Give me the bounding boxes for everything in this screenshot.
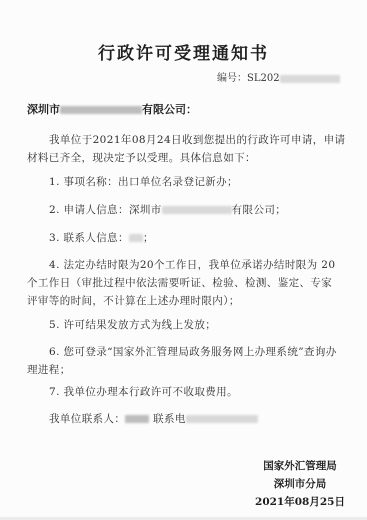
item-1: 1. 事项名称：出口单位名录登记新办； xyxy=(49,173,238,191)
item-3-suffix: ； xyxy=(143,232,154,244)
item-4: 4. 法定办结时限为20个工作日，我单位承诺办结时限为 20个工作日（审批过程中… xyxy=(27,256,339,310)
item-2-prefix: 2. 申请人信息：深圳市 xyxy=(49,204,162,216)
redacted-company-name xyxy=(60,106,142,114)
recipient-line: 深圳市有限公司： xyxy=(27,101,197,117)
item-3-prefix: 3. 联系人信息： xyxy=(49,232,129,244)
redacted-contact xyxy=(129,234,143,242)
redacted-applicant xyxy=(162,206,232,214)
signature-date: 2021年08月25日 xyxy=(250,492,350,512)
document-number: 编号：SL202 xyxy=(217,69,340,84)
item-2: 2. 申请人信息：深圳市有限公司； xyxy=(49,201,286,219)
item-2-suffix: 有限公司； xyxy=(232,204,287,216)
item-6: 6. 您可登录“国家外汇管理局政务服务网上办理系统”查询办理进程； xyxy=(27,343,339,379)
item-7: 7. 我单位办理本行政许可不收取费用。 xyxy=(49,383,238,401)
document-title: 行政许可受理通知书 xyxy=(0,39,367,64)
contact-line: 我单位联系人： 联系电 xyxy=(49,410,258,428)
document-number-label: 编号： xyxy=(217,73,247,84)
redacted-contact-name xyxy=(125,415,149,423)
contact-phone-label: 联系电 xyxy=(153,413,186,425)
signature-org-line2: 深圳市分局 xyxy=(250,474,350,494)
item-5: 5. 许可结果发放方式为线上发放； xyxy=(49,316,216,334)
signature-org-line1: 国家外汇管理局 xyxy=(250,456,350,476)
recipient-suffix: 有限公司： xyxy=(142,103,197,116)
document-number-value: SL202 xyxy=(247,73,280,84)
contact-label: 我单位联系人： xyxy=(49,413,125,425)
item-3: 3. 联系人信息：； xyxy=(49,229,154,247)
intro-paragraph: 我单位于2021年08月24日收到您提出的行政许可申请，申请材料已齐全，现决定予… xyxy=(27,131,347,167)
notice-document: 行政许可受理通知书 编号：SL202 深圳市有限公司： 我单位于2021年08月… xyxy=(0,0,367,517)
recipient-prefix: 深圳市 xyxy=(27,103,60,116)
redacted-phone xyxy=(186,415,258,423)
redacted-number xyxy=(280,75,340,83)
